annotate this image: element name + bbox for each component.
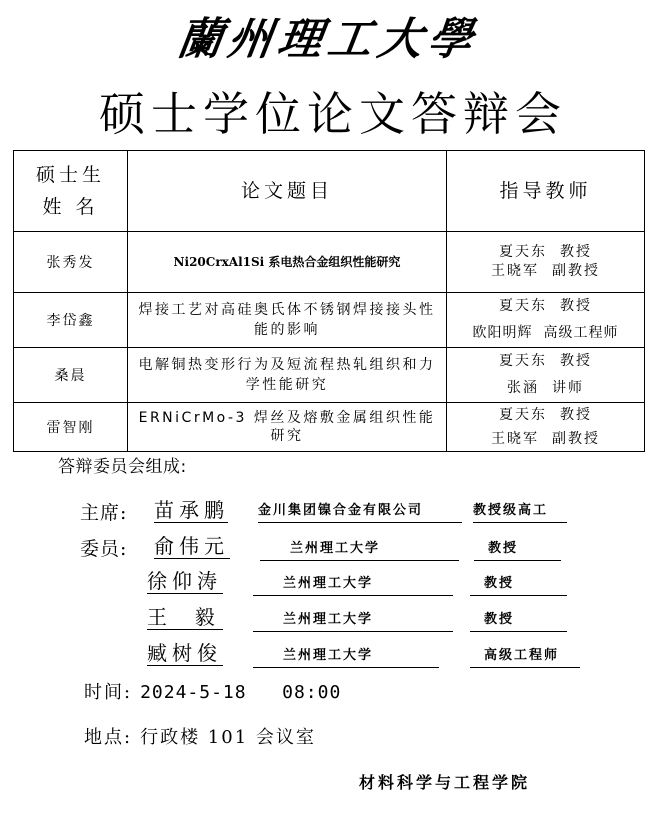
place-label: 地点: [84, 727, 132, 748]
college-name: 材料科学与工程学院 [359, 770, 530, 793]
advisors: 夏天东 教授 王晓军 副教授 [447, 403, 645, 452]
time-value: 2024-5-18 08:00 [140, 682, 341, 703]
page-title: 硕士学位论文答辩会 [0, 84, 656, 144]
advisors: 夏天东 教授 王晓军 副教授 [447, 232, 645, 293]
member-name: 臧树俊 [147, 641, 223, 666]
table-row: 张秀发 Ni20CrxAl1Si 系电热合金组织性能研究 夏天东 教授 王晓军 … [14, 232, 645, 293]
advisor: 王晓军 副教授 [447, 262, 644, 281]
advisor: 夏天东 教授 [447, 403, 644, 427]
member-organization: 兰州理工大学 [253, 609, 453, 632]
header-student-line2: 姓 名 [14, 191, 127, 223]
table-row: 桑晨 电解铜热变形行为及短流程热轧组织和力学性能研究 夏天东 教授 张涵 讲师 [14, 348, 645, 403]
committee-heading: 答辩委员会组成: [58, 452, 187, 477]
advisor: 夏天东 教授 [447, 348, 644, 375]
member-label: 委员: [80, 534, 127, 561]
student-name: 桑晨 [14, 348, 128, 403]
defense-schedule-table: 硕士生 姓 名 论文题目 指导教师 张秀发 Ni20CrxAl1Si 系电热合金… [13, 150, 645, 452]
member-name: 俞伟元 [154, 534, 230, 559]
header-student-line1: 硕士生 [14, 159, 127, 191]
table-row: 李岱鑫 焊接工艺对高硅奥氏体不锈钢焊接接头性能的影响 夏天东 教授 欧阳明辉 高… [14, 293, 645, 348]
member-title: 教授 [474, 538, 561, 561]
member-organization: 兰州理工大学 [260, 538, 459, 561]
committee-member-row: 徐仰涛 兰州理工大学 教授 [0, 569, 656, 595]
advisor: 张涵 讲师 [447, 375, 644, 402]
chair-label: 主席: [80, 498, 127, 525]
advisor: 王晓军 副教授 [447, 427, 644, 451]
advisors: 夏天东 教授 张涵 讲师 [447, 348, 645, 403]
advisors: 夏天东 教授 欧阳明辉 高级工程师 [447, 293, 645, 348]
member-name: 苗承鹏 [154, 498, 228, 523]
committee-member-row: 王 毅 兰州理工大学 教授 [0, 605, 656, 631]
student-name: 李岱鑫 [14, 293, 128, 348]
thesis-topic: 电解铜热变形行为及短流程热轧组织和力学性能研究 [128, 348, 447, 403]
time-label: 时间: [84, 682, 132, 703]
member-name: 徐仰涛 [147, 569, 223, 594]
defense-time: 时间:2024-5-18 08:00 [84, 678, 341, 704]
thesis-topic: Ni20CrxAl1Si 系电热合金组织性能研究 [128, 232, 447, 293]
table-header-row: 硕士生 姓 名 论文题目 指导教师 [14, 151, 645, 232]
member-organization: 兰州理工大学 [253, 645, 439, 668]
committee-chair-row: 主席: 苗承鹏 金川集团镍合金有限公司 教授级高工 [0, 498, 656, 524]
thesis-topic: 焊接工艺对高硅奥氏体不锈钢焊接接头性能的影响 [128, 293, 447, 348]
committee-member-row: 臧树俊 兰州理工大学 高级工程师 [0, 641, 656, 667]
committee-member-row: 委员: 俞伟元 兰州理工大学 教授 [0, 534, 656, 560]
advisor: 夏天东 教授 [447, 293, 644, 320]
header-topic: 论文题目 [128, 151, 447, 232]
header-student-name: 硕士生 姓 名 [14, 151, 128, 232]
university-name: 蘭州理工大學 [0, 10, 656, 70]
member-title: 高级工程师 [470, 645, 580, 668]
student-name: 雷智刚 [14, 403, 128, 452]
member-title: 教授 [470, 609, 567, 632]
defense-location: 地点:行政楼 101 会议室 [84, 723, 316, 749]
header-advisor: 指导教师 [447, 151, 645, 232]
member-organization: 金川集团镍合金有限公司 [258, 500, 462, 523]
member-title: 教授 [470, 573, 567, 596]
student-name: 张秀发 [14, 232, 128, 293]
advisor: 欧阳明辉 高级工程师 [447, 320, 644, 347]
member-name: 王 毅 [147, 605, 223, 630]
member-title: 教授级高工 [473, 500, 567, 523]
advisor: 夏天东 教授 [447, 243, 644, 262]
thesis-topic: ERNiCrMo-3 焊丝及熔敷金属组织性能研究 [128, 403, 447, 452]
place-value: 行政楼 101 会议室 [140, 727, 316, 748]
table-row: 雷智刚 ERNiCrMo-3 焊丝及熔敷金属组织性能研究 夏天东 教授 王晓军 … [14, 403, 645, 452]
member-organization: 兰州理工大学 [253, 573, 453, 596]
